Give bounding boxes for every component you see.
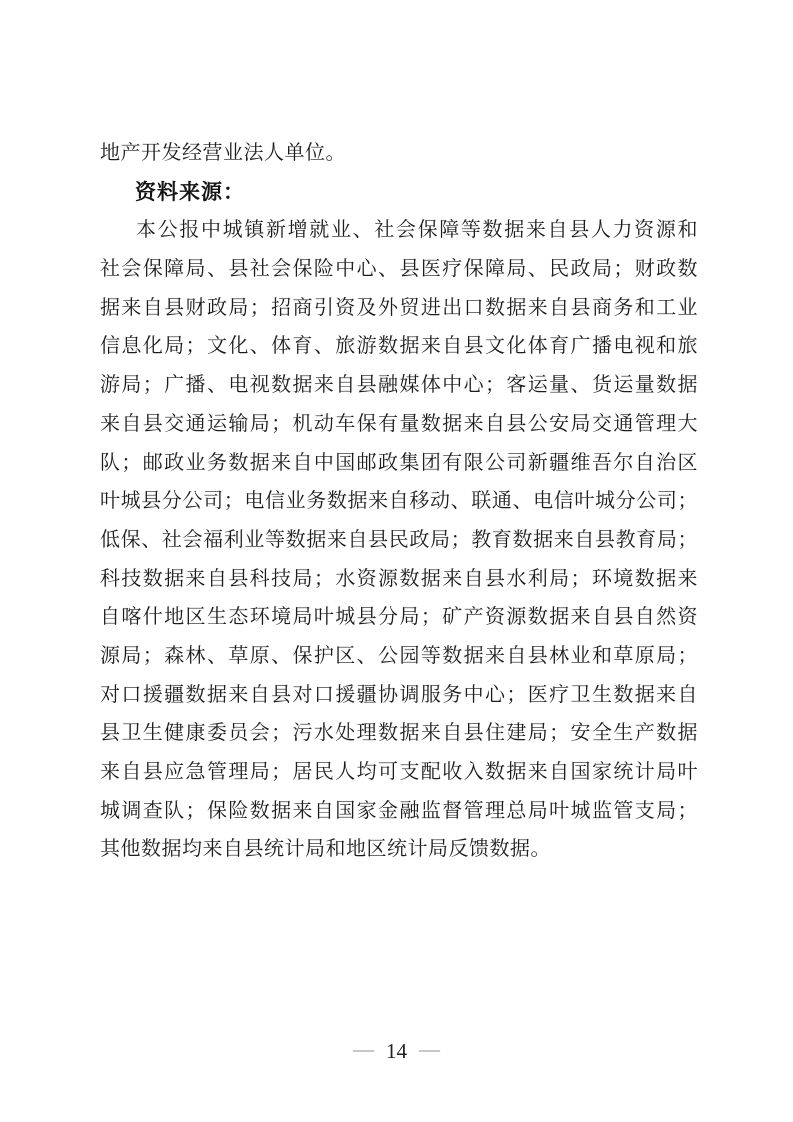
- paragraph-line: 对口援疆数据来自县对口援疆协调服务中心；医疗卫生数据来自: [100, 676, 698, 715]
- paragraph-line: 来自县应急管理局；居民人均可支配收入数据来自国家统计局叶: [100, 753, 698, 792]
- paragraph-line: 来自县交通运输局；机动车保有量数据来自县公安局交通管理大: [100, 405, 698, 444]
- paragraph-line: 队；邮政业务数据来自中国邮政集团有限公司新疆维吾尔自治区: [100, 444, 698, 483]
- data-sources-heading: 资料来源：: [100, 173, 698, 212]
- paragraph-line: 科技数据来自县科技局；水资源数据来自县水利局；环境数据来: [100, 560, 698, 599]
- paragraph-line: 自喀什地区生态环境局叶城县分局；矿产资源数据来自县自然资: [100, 598, 698, 637]
- footer-dash-left: —: [353, 1037, 374, 1061]
- paragraph-line: 据来自县财政局；招商引资及外贸进出口数据来自县商务和工业: [100, 289, 698, 328]
- paragraph-line: 信息化局；文化、体育、旅游数据来自县文化体育广播电视和旅: [100, 327, 698, 366]
- paragraph-line: 本公报中城镇新增就业、社会保障等数据来自县人力资源和: [100, 211, 698, 250]
- page-number: 14: [386, 1039, 407, 1063]
- footer-dash-right: —: [419, 1037, 440, 1061]
- paragraph-line: 城调查队；保险数据来自国家金融监督管理总局叶城监管支局；: [100, 792, 698, 831]
- paragraph-line: 叶城县分公司；电信业务数据来自移动、联通、电信叶城分公司；: [100, 482, 698, 521]
- paragraph-line: 低保、社会福利业等数据来自县民政局；教育数据来自县教育局；: [100, 521, 698, 560]
- page-footer: —14—: [0, 1036, 793, 1066]
- paragraph-line: 源局；森林、草原、保护区、公园等数据来自县林业和草原局；: [100, 637, 698, 676]
- paragraph-line: 游局；广播、电视数据来自县融媒体中心；客运量、货运量数据: [100, 366, 698, 405]
- paragraph-line: 社会保障局、县社会保险中心、县医疗保障局、民政局；财政数: [100, 250, 698, 289]
- paragraph-continuation-line: 地产开发经营业法人单位。: [100, 134, 698, 173]
- paragraph-line: 其他数据均来自县统计局和地区统计局反馈数据。: [100, 830, 698, 869]
- paragraph-line: 县卫生健康委员会；污水处理数据来自县住建局；安全生产数据: [100, 714, 698, 753]
- data-sources-paragraph: 本公报中城镇新增就业、社会保障等数据来自县人力资源和 社会保障局、县社会保险中心…: [100, 211, 698, 869]
- page-body: 地产开发经营业法人单位。 资料来源： 本公报中城镇新增就业、社会保障等数据来自县…: [100, 134, 698, 869]
- document-page: 地产开发经营业法人单位。 资料来源： 本公报中城镇新增就业、社会保障等数据来自县…: [0, 0, 793, 1122]
